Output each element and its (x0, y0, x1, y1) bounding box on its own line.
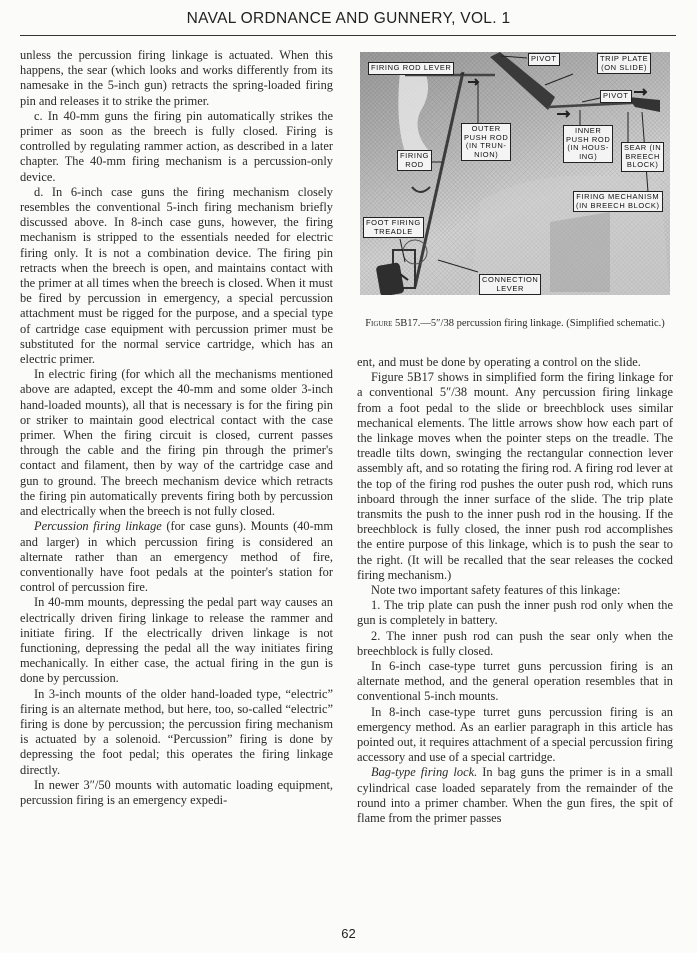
header-rule (20, 35, 676, 36)
label-inner-push-rod: INNER PUSH ROD (IN HOUS- ING) (563, 125, 613, 163)
paragraph: Percussion firing linkage (for case guns… (20, 519, 333, 595)
paragraph: unless the percussion firing linkage is … (20, 48, 333, 109)
paragraph: Figure 5B17 shows in simplified form the… (357, 370, 673, 583)
paragraph: d. In 6-inch case guns the firing mechan… (20, 185, 333, 367)
label-firing-rod-lever: FIRING ROD LEVER (368, 62, 454, 75)
label-sear: SEAR (IN BREECH BLOCK) (621, 142, 664, 172)
paragraph: In electric firing (for which all the me… (20, 367, 333, 519)
paragraph: c. In 40-mm guns the firing pin automati… (20, 109, 333, 185)
running-header: NAVAL ORDNANCE AND GUNNERY, VOL. 1 (0, 10, 697, 28)
section-heading: Percussion firing linkage (34, 519, 162, 533)
left-column: unless the percussion firing linkage is … (20, 48, 333, 808)
list-item: 2. The inner push rod can push the sear … (357, 629, 673, 659)
figure-caption: Figure 5B17.—5″/38 percussion firing lin… (357, 318, 673, 330)
list-item: 1. The trip plate can push the inner pus… (357, 598, 673, 628)
paragraph: In newer 3″/50 mounts with automatic loa… (20, 778, 333, 808)
label-pivot-mid: PIVOT (600, 90, 632, 103)
linkage-schematic (360, 52, 670, 295)
figure-5b17: FIRING ROD LEVER PIVOT TRIP PLATE (ON SL… (360, 52, 670, 295)
label-pivot-top: PIVOT (528, 53, 560, 66)
right-column: ent, and must be done by operating a con… (357, 355, 673, 826)
caption-label: Figure 5B17. (365, 318, 420, 329)
paragraph: In 8-inch case-type turret guns percussi… (357, 705, 673, 766)
paragraph: In 3-inch mounts of the older hand-loade… (20, 687, 333, 778)
label-foot-firing-treadle: FOOT FIRING TREADLE (363, 217, 424, 238)
label-connection-lever: CONNECTION LEVER (479, 274, 541, 295)
label-firing-rod: FIRING ROD (397, 150, 432, 171)
label-firing-mechanism: FIRING MECHANISM (IN BREECH BLOCK) (573, 191, 663, 212)
paragraph: ent, and must be done by operating a con… (357, 355, 673, 370)
label-trip-plate: TRIP PLATE (ON SLIDE) (597, 53, 651, 74)
paragraph: Note two important safety features of th… (357, 583, 673, 598)
section-heading: Bag-type firing lock. (371, 765, 477, 779)
label-outer-push-rod: OUTER PUSH ROD (IN TRUN- NION) (461, 123, 511, 161)
paragraph: In 6-inch case-type turret guns percussi… (357, 659, 673, 705)
paragraph: Bag-type firing lock. In bag guns the pr… (357, 765, 673, 826)
page-number: 62 (0, 926, 697, 941)
caption-text: —5″/38 percussion firing linkage. (Simpl… (420, 318, 664, 329)
paragraph: In 40-mm mounts, depressing the pedal pa… (20, 595, 333, 686)
